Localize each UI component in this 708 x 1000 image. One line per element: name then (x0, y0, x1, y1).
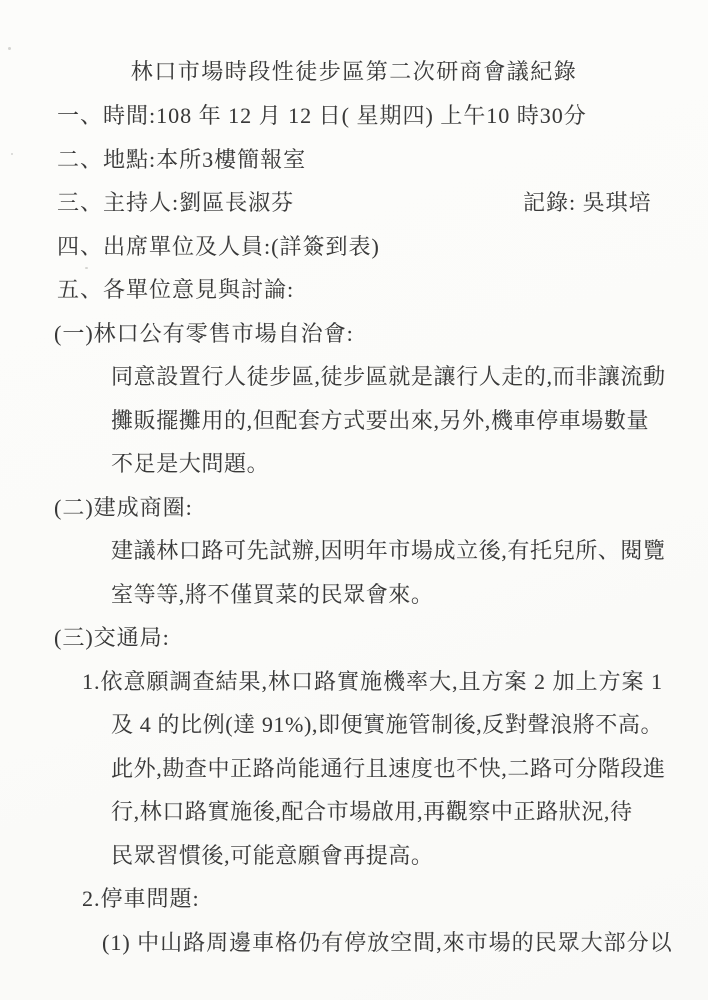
line-attendees: 四、出席單位及人員:(詳簽到表) (0, 225, 708, 269)
line-meeting-time: 一、時間:108 年 12 月 12 日( 星期四) 上午10 時30分 (0, 94, 708, 138)
meeting-host-label: 三、主持人:劉區長淑芬 (57, 190, 294, 215)
section-2-paragraph-line: 建議林口路可先試辦,因明年市場成立後,有托兒所、閱覽 (0, 529, 708, 573)
section-3-item-1-line: 及 4 的比例(達 91%),即便實施管制後,反對聲浪將不高。 (0, 703, 708, 747)
section-3-item-1-line: 民眾習慣後,可能意願會再提高。 (0, 834, 708, 878)
section-1-paragraph-line: 不足是大問題。 (0, 442, 708, 486)
section-3-item-1-line: 1.依意願調查結果,林口路實施機率大,且方案 2 加上方案 1 (0, 660, 708, 704)
meeting-recorder-label: 記錄: 吳琪培 (523, 181, 652, 225)
row-host-recorder: 三、主持人:劉區長淑芬 記錄: 吳琪培 (0, 181, 708, 225)
section-3-heading: (三)交通局: (0, 616, 708, 660)
section-3-item-2-heading: 2.停車問題: (0, 877, 708, 921)
section-3-item-2-sub-line: (1) 中山路周邊車格仍有停放空間,來市場的民眾大部分以 (0, 921, 708, 965)
scan-artifact (8, 47, 11, 50)
section-3-item-1-line: 行,林口路實施後,配合市場啟用,再觀察中正路狀況,待 (0, 790, 708, 834)
section-1-paragraph-line: 攤販擺攤用的,但配套方式要出來,另外,機車停車場數量 (0, 399, 708, 443)
section-3-item-1-line: 此外,勘查中正路尚能通行且速度也不快,二路可分階段進 (0, 747, 708, 791)
section-2-heading: (二)建成商圈: (0, 486, 708, 530)
scan-artifact (11, 153, 13, 155)
section-2-paragraph-line: 室等等,將不僅買菜的民眾會來。 (0, 573, 708, 617)
section-1-paragraph-line: 同意設置行人徒步區,徒步區就是讓行人走的,而非讓流動 (0, 355, 708, 399)
section-1-heading: (一)林口公有零售市場自治會: (0, 312, 708, 356)
scan-artifact (85, 267, 88, 269)
document-title: 林口市場時段性徒步區第二次研商會議紀錄 (0, 0, 708, 94)
line-meeting-place: 二、地點:本所3樓簡報室 (0, 138, 708, 182)
line-discussion-heading: 五、各單位意見與討論: (0, 268, 708, 312)
document-page: 林口市場時段性徒步區第二次研商會議紀錄 一、時間:108 年 12 月 12 日… (0, 0, 708, 1000)
